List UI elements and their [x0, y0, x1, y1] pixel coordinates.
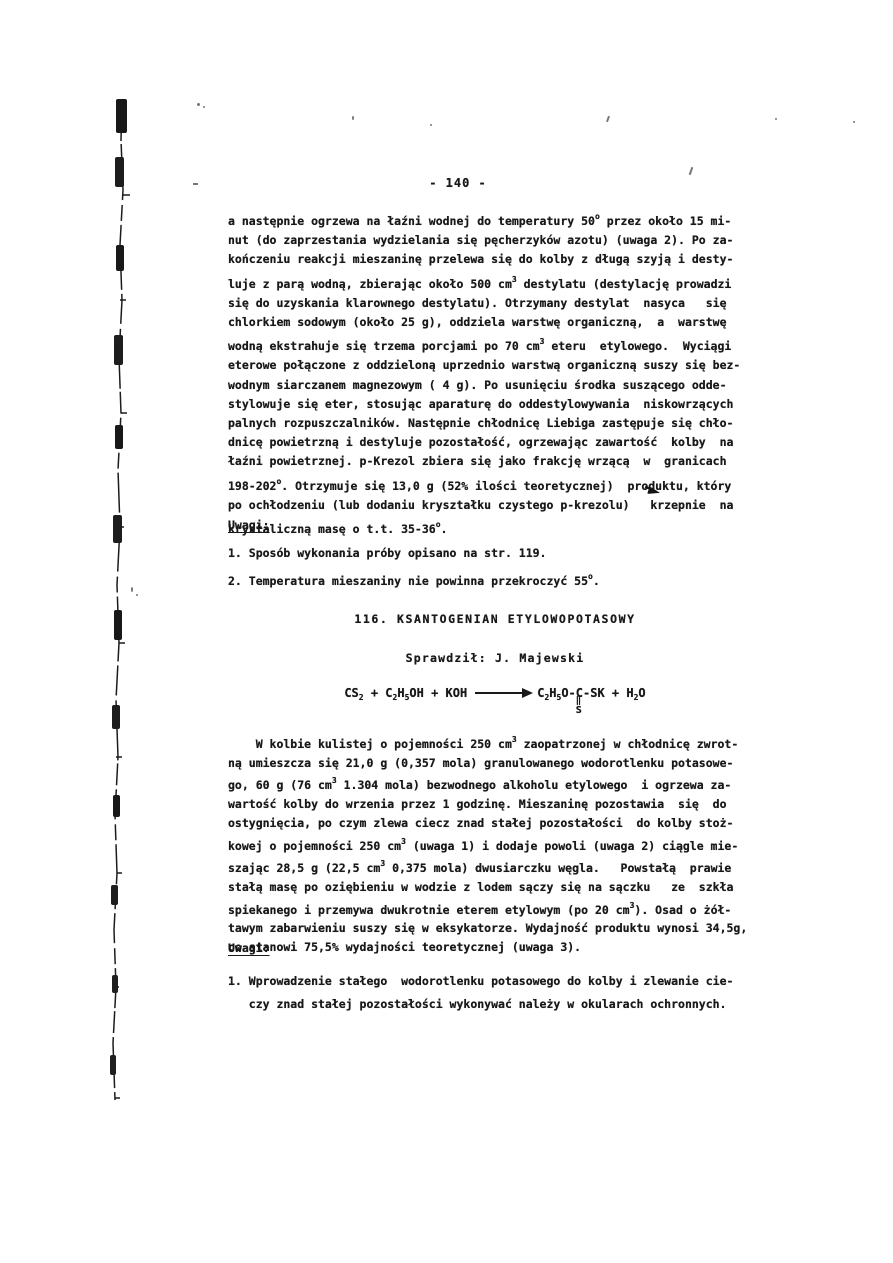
notes-list-1: 1. Sposób wykonania próby opisano na str…	[228, 542, 762, 593]
text-line: spiekanego i przemywa dwukrotnie eterem …	[228, 897, 762, 920]
chemical-equation: CS2 + C2H5OH + KOHC2H5O-C‖S-SK + H2O	[228, 686, 762, 702]
text-line: kowej o pojemności 250 cm3 (uwaga 1) i d…	[228, 833, 762, 856]
notes-heading-1: Uwagi:	[228, 518, 270, 532]
checked-by-line: Sprawdził: J. Majewski	[228, 651, 762, 665]
text-line: chlorkiem sodowym (około 25 g), oddziela…	[228, 313, 762, 332]
text-line: 1. Sposób wykonania próby opisano na str…	[228, 542, 762, 565]
procedure-paragraph-2: W kolbie kulistej o pojemności 250 cm3 z…	[228, 731, 762, 957]
thiocarbonyl-group: C‖S	[576, 686, 583, 700]
equation-product-prefix: C2H5O-	[537, 686, 576, 700]
text-line: krystaliczną masę o t.t. 35-36o.	[228, 515, 762, 539]
scan-speck	[193, 183, 198, 185]
text-line: 1. Wprowadzenie stałego wodorotlenku pot…	[228, 970, 762, 993]
text-line: czy znad stałej pozostałości wykonywać n…	[228, 993, 762, 1016]
text-line: luje z parą wodną, zbierając około 500 c…	[228, 270, 762, 294]
binding-edge-artifact	[92, 95, 138, 1115]
scan-speck	[197, 103, 200, 106]
text-line: ostygnięcia, po czym zlewa ciecz znad st…	[228, 814, 762, 833]
scan-speck	[606, 116, 610, 122]
text-line: po ochłodzeniu (lub dodaniu kryształku c…	[228, 496, 762, 515]
text-line: dnicę powietrzną i destyluje pozostałość…	[228, 433, 762, 452]
text-line: kończeniu reakcji mieszaninę przelewa si…	[228, 250, 762, 269]
scan-speck	[131, 587, 133, 592]
text-line: co stanowi 75,5% wydajności teoretycznej…	[228, 938, 762, 957]
text-line: W kolbie kulistej o pojemności 250 cm3 z…	[228, 731, 762, 754]
scan-speck	[853, 121, 855, 123]
sulfur-atom: S	[576, 706, 582, 716]
scan-speck	[775, 118, 777, 120]
text-line: nut (do zaprzestania wydzielania się pęc…	[228, 231, 762, 250]
equation-product-suffix: -SK + H2O	[583, 686, 646, 700]
scan-speck	[689, 167, 694, 175]
section-title: 116. KSANTOGENIAN ETYLOWOPOTASOWY	[228, 612, 762, 626]
text-line: palnych rozpuszczalników. Następnie chło…	[228, 414, 762, 433]
text-line: wodnym siarczanem magnezowym ( 4 g). Po …	[228, 376, 762, 395]
text-line: ną umieszcza się 21,0 g (0,357 mola) gra…	[228, 754, 762, 773]
procedure-paragraph-1: a następnie ogrzewa na łaźni wodnej do t…	[228, 207, 762, 539]
scan-speck	[136, 594, 138, 596]
scanned-page: - 140 - a następnie ogrzewa na łaźni wod…	[0, 0, 893, 1263]
text-line: się do uzyskania klarownego destylatu). …	[228, 294, 762, 313]
text-line: go, 60 g (76 cm3 1.304 mola) bezwodnego …	[228, 772, 762, 795]
notes-heading-2: Uwagi:	[228, 941, 270, 955]
scan-speck	[203, 106, 205, 108]
notes-list-2: 1. Wprowadzenie stałego wodorotlenku pot…	[228, 970, 762, 1016]
text-line: szając 28,5 g (22,5 cm3 0,375 mola) dwus…	[228, 855, 762, 878]
text-line: stylowuje się eter, stosując aparaturę d…	[228, 395, 762, 414]
scan-speck	[352, 116, 354, 120]
scan-speck	[430, 124, 432, 126]
text-line: łaźni powietrznej. p-Krezol zbiera się j…	[228, 452, 762, 471]
text-line: stałą masę po oziębieniu w wodzie z lode…	[228, 878, 762, 897]
double-bond-icon: ‖	[576, 697, 581, 705]
text-line: eterowe połączone z oddzieloną uprzednio…	[228, 356, 762, 375]
equation-reactants: CS2 + C2H5OH + KOH	[344, 686, 467, 700]
text-line: wartość kolby do wrzenia przez 1 godzinę…	[228, 795, 762, 814]
text-line: a następnie ogrzewa na łaźni wodnej do t…	[228, 207, 762, 231]
page-number: - 140 -	[228, 176, 688, 190]
text-line: 198-202o. Otrzymuje się 13,0 g (52% iloś…	[228, 472, 762, 496]
text-line: wodną ekstrahuje się trzema porcjami po …	[228, 332, 762, 356]
text-line: 2. Temperatura mieszaniny nie powinna pr…	[228, 565, 762, 593]
reaction-arrow-icon	[475, 688, 533, 698]
text-line: tawym zabarwieniu suszy się w eksykatorz…	[228, 919, 762, 938]
